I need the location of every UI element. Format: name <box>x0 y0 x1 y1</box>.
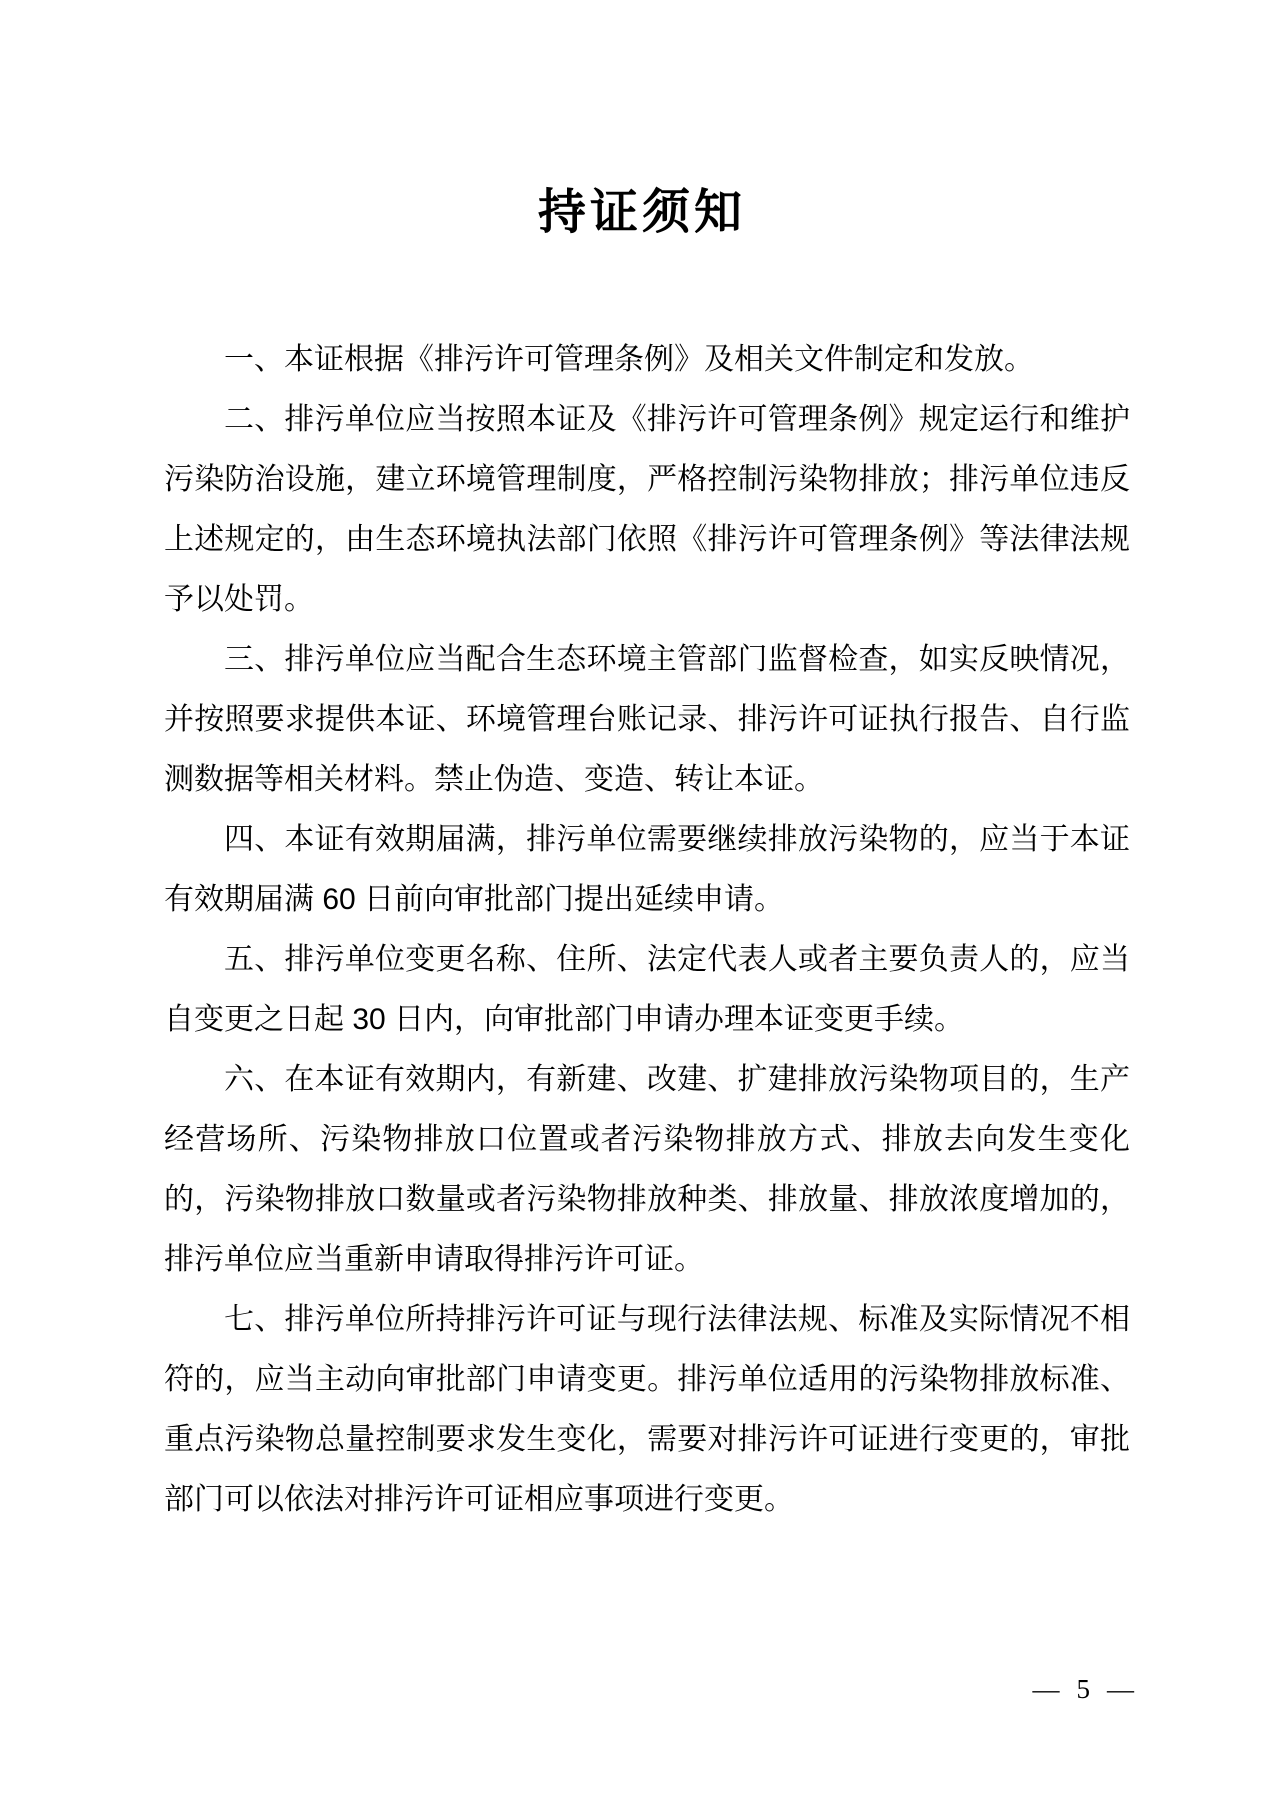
paragraph-7: 七、排污单位所持排污许可证与现行法律法规、标准及实际情况不相符的，应当主动向审批… <box>164 1290 1130 1530</box>
document-body: 一、本证根据《排污许可管理条例》及相关文件制定和发放。 二、排污单位应当按照本证… <box>164 330 1130 1530</box>
paragraph-5: 五、排污单位变更名称、住所、法定代表人或者主要负责人的，应当自变更之日起 30 … <box>164 930 1130 1050</box>
footer-left-dash: — <box>1033 1674 1060 1704</box>
paragraph-4: 四、本证有效期届满，排污单位需要继续排放污染物的，应当于本证有效期届满 60 日… <box>164 810 1130 930</box>
document-page: 持证须知 一、本证根据《排污许可管理条例》及相关文件制定和发放。 二、排污单位应… <box>0 0 1280 1810</box>
paragraph-3: 三、排污单位应当配合生态环境主管部门监督检查，如实反映情况，并按照要求提供本证、… <box>164 630 1130 810</box>
footer-right-dash: — <box>1107 1674 1134 1704</box>
page-footer: — 5 — <box>1033 1674 1135 1704</box>
paragraph-1: 一、本证根据《排污许可管理条例》及相关文件制定和发放。 <box>164 330 1130 390</box>
page-number: 5 <box>1077 1674 1091 1704</box>
paragraph-6: 六、在本证有效期内，有新建、改建、扩建排放污染物项目的，生产经营场所、污染物排放… <box>164 1050 1130 1290</box>
paragraph-2: 二、排污单位应当按照本证及《排污许可管理条例》规定运行和维护污染防治设施，建立环… <box>164 390 1130 630</box>
page-title: 持证须知 <box>0 184 1280 242</box>
